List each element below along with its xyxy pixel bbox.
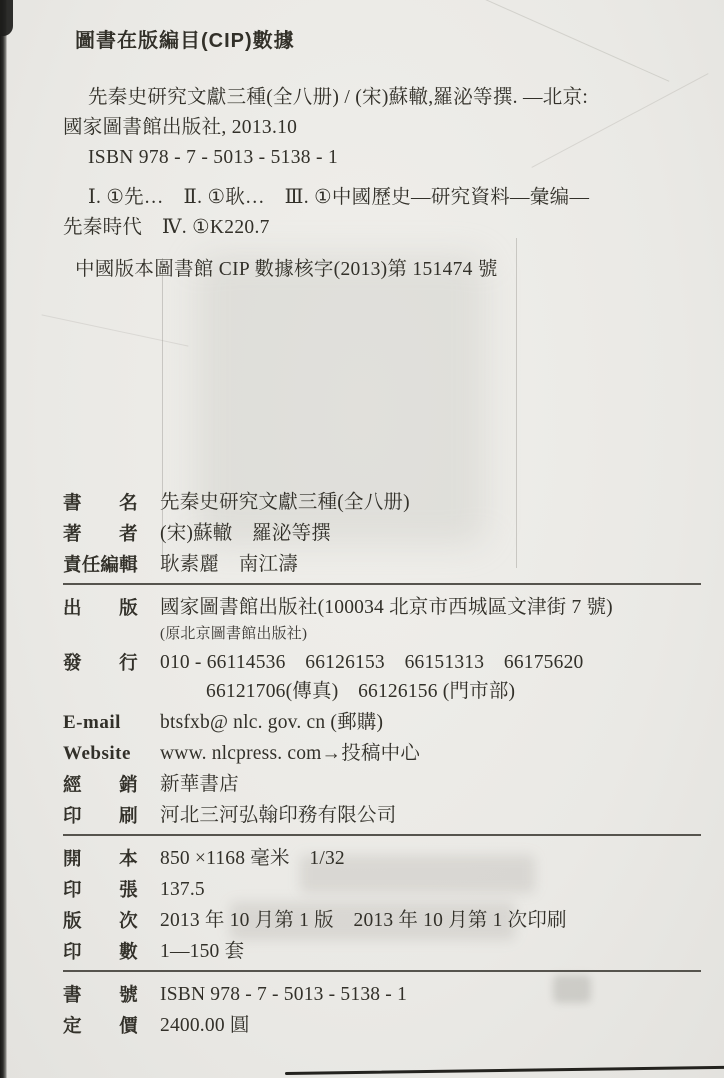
scan-corner-smudge (0, 0, 13, 36)
row-editor: 責任編輯 耿素麗 南江濤 (63, 550, 708, 579)
row-printed-sheets: 印 張 137.5 (63, 875, 708, 904)
author-label: 著 者 (63, 519, 160, 548)
distribution-phones-line-1: 010 - 66114536 66126153 66151313 6617562… (160, 652, 583, 673)
editor-label: 責任編輯 (63, 550, 160, 579)
colophon-block: 書 名 先秦史研究文獻三種(全八册) 著 者 (宋)蘇轍 羅泌等撰 責任編輯 耿… (63, 488, 708, 1042)
row-distribution: 發 行 010 - 66114536 66126153 66151313 661… (63, 648, 708, 706)
divider (63, 583, 701, 585)
isbn-value: ISBN 978 - 7 - 5013 - 5138 - 1 (160, 980, 708, 1009)
distribution-phones-line-2: 66121706(傳真) 66126156 (門市部) (206, 677, 708, 706)
row-author: 著 者 (宋)蘇轍 羅泌等撰 (63, 519, 708, 548)
seller-label: 經 銷 (63, 770, 160, 799)
distribution-label: 發 行 (63, 648, 160, 677)
divider (63, 970, 701, 972)
format-label: 開 本 (63, 844, 160, 873)
divider (63, 834, 701, 836)
publisher-label: 出 版 (63, 593, 160, 622)
row-website: Website www. nlcpress. com→投稿中心 (63, 739, 708, 768)
cip-entry-line-2: 國家圖書館出版社, 2013.10 (63, 113, 708, 143)
book-title-value: 先秦史研究文獻三種(全八册) (160, 488, 708, 517)
cip-classification-line-1: Ⅰ. ①先… Ⅱ. ①耿… Ⅲ. ①中國歷史—研究資料—彙编— (88, 183, 708, 213)
row-isbn: 書 號 ISBN 978 - 7 - 5013 - 5138 - 1 (63, 980, 708, 1009)
edition-label: 版 次 (63, 906, 160, 935)
row-edition: 版 次 2013 年 10 月第 1 版 2013 年 10 月第 1 次印刷 (63, 906, 708, 935)
cip-entry-line-3: ISBN 978 - 7 - 5013 - 5138 - 1 (88, 143, 708, 173)
edition-value: 2013 年 10 月第 1 版 2013 年 10 月第 1 次印刷 (160, 906, 708, 935)
printer-value: 河北三河弘翰印務有限公司 (160, 801, 708, 830)
cip-record-number: 中國版本圖書館 CIP 數據核字(2013)第 151474 號 (75, 255, 708, 285)
cip-header: 圖書在版編目(CIP)數據 (75, 26, 708, 56)
row-seller: 經 銷 新華書店 (63, 770, 708, 799)
editor-value: 耿素麗 南江濤 (160, 550, 708, 579)
paper-crease (42, 314, 189, 346)
row-email: E-mail btsfxb@ nlc. gov. cn (郵購) (63, 708, 708, 737)
email-label: E-mail (63, 708, 160, 737)
printer-label: 印 刷 (63, 801, 160, 830)
format-value: 850 ×1168 毫米 1/32 (160, 844, 708, 873)
email-value: btsfxb@ nlc. gov. cn (郵購) (160, 708, 708, 737)
row-book-title: 書 名 先秦史研究文獻三種(全八册) (63, 488, 708, 517)
row-print-run: 印 數 1—150 套 (63, 937, 708, 966)
website-value: www. nlcpress. com→投稿中心 (160, 739, 708, 768)
author-value: (宋)蘇轍 羅泌等撰 (160, 519, 708, 548)
cip-classification-line-2: 先秦時代 Ⅳ. ①K220.7 (63, 213, 708, 243)
isbn-label: 書 號 (63, 980, 160, 1009)
print-run-value: 1—150 套 (160, 937, 708, 966)
book-title-label: 書 名 (63, 488, 160, 517)
row-price: 定 價 2400.00 圓 (63, 1011, 708, 1040)
row-format: 開 本 850 ×1168 毫米 1/32 (63, 844, 708, 873)
scan-edge-left (0, 0, 7, 1078)
seller-value: 新華書店 (160, 770, 708, 799)
row-printer: 印 刷 河北三河弘翰印務有限公司 (63, 801, 708, 830)
printed-sheets-label: 印 張 (63, 875, 160, 904)
cip-block: 圖書在版編目(CIP)數據 先秦史研究文獻三種(全八册) / (宋)蘇轍,羅泌等… (63, 26, 708, 285)
website-label: Website (63, 739, 160, 768)
publisher-value: 國家圖書館出版社(100034 北京市西城區文津街 7 號) (160, 597, 613, 618)
price-label: 定 價 (63, 1011, 160, 1040)
scan-edge-bottom (285, 1066, 724, 1075)
publisher-note: (原北京圖書館出版社) (160, 622, 708, 646)
row-publisher: 出 版 國家圖書館出版社(100034 北京市西城區文津街 7 號) (原北京圖… (63, 593, 708, 646)
print-run-label: 印 數 (63, 937, 160, 966)
price-value: 2400.00 圓 (160, 1011, 708, 1040)
cip-entry-line-1: 先秦史研究文獻三種(全八册) / (宋)蘇轍,羅泌等撰. —北京: (88, 83, 708, 113)
printed-sheets-value: 137.5 (160, 875, 708, 904)
